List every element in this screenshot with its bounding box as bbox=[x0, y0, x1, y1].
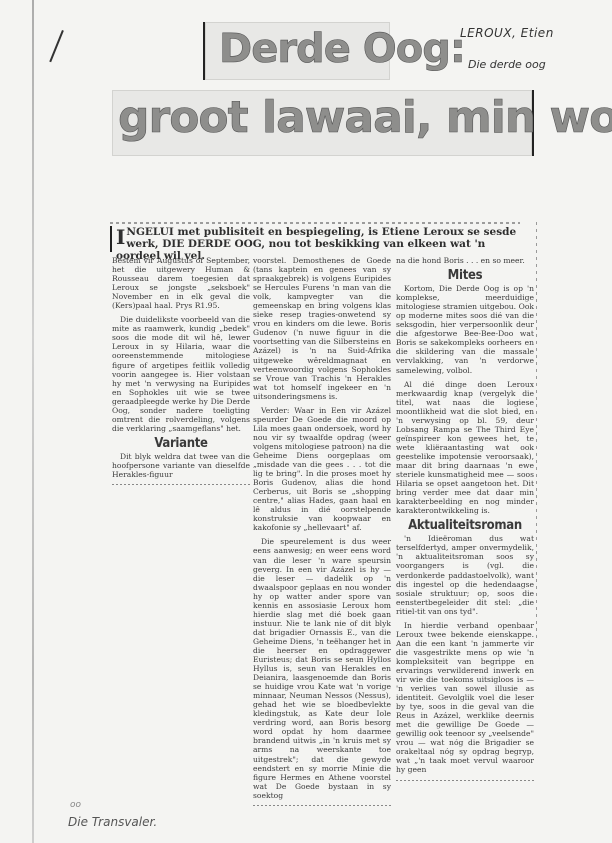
paragraph: na die hond Boris . . . en so meer. bbox=[396, 256, 534, 265]
clipping-top-rule bbox=[110, 222, 520, 224]
subheading-aktualiteitsroman: Aktualiteitsroman bbox=[396, 521, 534, 530]
paragraph: Bestem vir Augustus of September, het di… bbox=[112, 256, 250, 310]
subheading-variante: Variante bbox=[112, 439, 250, 448]
article-column-1: Bestem vir Augustus of September, het di… bbox=[112, 256, 250, 485]
paragraph: Die speurelement is dus weer eens aanwes… bbox=[253, 537, 391, 799]
page-edge-line bbox=[32, 0, 34, 843]
paragraph: Kortom, Die Derde Oog is op 'n komplekse… bbox=[396, 284, 534, 374]
headline-line-1: Derde Oog: bbox=[203, 22, 390, 80]
handwritten-mark: oo bbox=[70, 800, 81, 810]
paragraph: Die duidelikste voorbeeld van die mite a… bbox=[112, 315, 250, 433]
column-end-rule bbox=[112, 484, 250, 485]
paragraph: 'n Idieëroman dus wat terselfdertyd, amp… bbox=[396, 534, 534, 615]
paragraph: Verder: Waar in Een vir Azázel speurder … bbox=[253, 406, 391, 533]
article-column-2: voorstel. Demosthenes de Goede (tans kap… bbox=[253, 256, 391, 806]
headline-line-2: groot lawaai, min wol bbox=[112, 90, 534, 156]
paragraph: Dit blyk weldra dat twee van die hoofper… bbox=[112, 452, 250, 479]
paragraph: In hierdie verband openbaar Leroux twee … bbox=[396, 621, 534, 775]
headline-text-1: Derde Oog: bbox=[219, 26, 465, 72]
paragraph: Al dié dinge doen Leroux merkwaardig kna… bbox=[396, 380, 534, 516]
handwritten-book-title: Die derde oog bbox=[468, 58, 546, 71]
paragraph: voorstel. Demosthenes de Goede (tans kap… bbox=[253, 256, 391, 401]
subheading-mites: Mites bbox=[396, 271, 534, 280]
lead-dropcap: I bbox=[116, 228, 125, 246]
clipping-right-edge bbox=[536, 222, 537, 642]
headline-text-2: groot lawaai, min wol bbox=[118, 92, 612, 143]
column-end-rule bbox=[396, 780, 534, 781]
handwritten-author: LEROUX, Etien bbox=[460, 26, 554, 40]
article-column-3: na die hond Boris . . . en so meer. Mite… bbox=[396, 256, 534, 781]
article-clipping: I NGELUI met publisiteit en bespiegeling… bbox=[110, 222, 540, 820]
column-end-rule bbox=[253, 805, 391, 806]
clipping-left-rule bbox=[110, 226, 112, 252]
pen-slash-mark bbox=[49, 30, 64, 62]
